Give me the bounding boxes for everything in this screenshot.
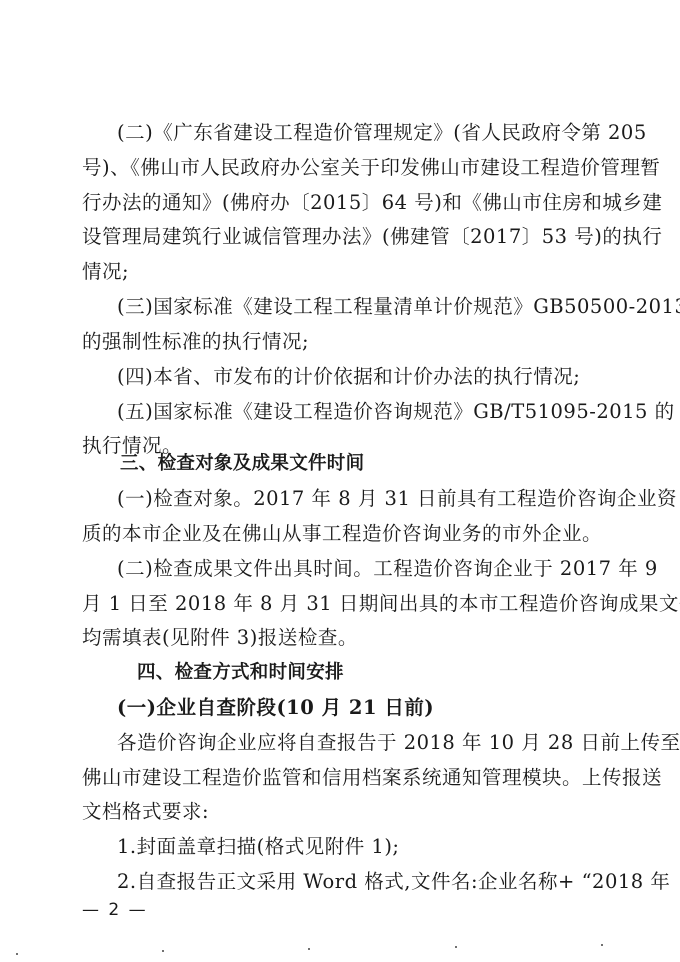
paragraph-line: (二)检查成果文件出具时间。工程造价咨询企业于 2017 年 9 [117,554,600,584]
paragraph-line: 的强制性标准的执行情况; [82,327,600,357]
scan-speck [601,944,603,946]
page-number: — 2 — [82,898,148,922]
list-item: 1.封面盖章扫描(格式见附件 1); [117,832,600,862]
scan-speck [455,946,457,948]
paragraph-line: 质的本市企业及在佛山从事工程造价咨询业务的市外企业。 [82,519,600,549]
paragraph-line: (二)《广东省建设工程造价管理规定》(省人民政府令第 205 [117,118,600,148]
paragraph-line: (一)检查对象。2017 年 8 月 31 日前具有工程造价咨询企业资 [117,484,600,514]
list-item: 2.自查报告正文采用 Word 格式,文件名:企业名称+ “2018 年 [117,867,600,897]
paragraph-line: 号)、《佛山市人民政府办公室关于印发佛山市建设工程造价管理暂 [82,153,600,183]
section-heading: 四、检查方式和时间安排 [137,658,537,688]
scan-speck [16,953,18,955]
paragraph-line: 各造价咨询企业应将自查报告于 2018 年 10 月 28 日前上传至 [117,728,600,758]
subsection-heading: (一)企业自查阶段(10 月 21 日前) [117,693,517,723]
paragraph-line: (四)本省、市发布的计价依据和计价办法的执行情况; [117,362,600,392]
paragraph-line: (五)国家标准《建设工程造价咨询规范》GB/T51095-2015 的 [117,397,600,427]
paragraph-line: 文档格式要求: [82,797,600,827]
paragraph-line: (三)国家标准《建设工程工程量清单计价规范》GB50500-2013 [117,292,600,322]
section-heading: 三、检查对象及成果文件时间 [120,449,520,479]
document-page: (二)《广东省建设工程造价管理规定》(省人民政府令第 205 号)、《佛山市人民… [0,0,680,962]
paragraph-line: 设管理局建筑行业诚信管理办法》(佛建管〔2017〕53 号)的执行 [82,222,600,252]
paragraph-line: 均需填表(见附件 3)报送检查。 [82,623,600,653]
paragraph-line: 情况; [82,257,600,287]
scan-speck [308,948,310,950]
paragraph-line: 月 1 日至 2018 年 8 月 31 日期间出具的本市工程造价咨询成果文件 [82,589,600,619]
paragraph-line: 佛山市建设工程造价监管和信用档案系统通知管理模块。上传报送 [82,763,600,793]
paragraph-line: 行办法的通知》(佛府办〔2015〕64 号)和《佛山市住房和城乡建 [82,188,600,218]
scan-speck [162,950,164,952]
